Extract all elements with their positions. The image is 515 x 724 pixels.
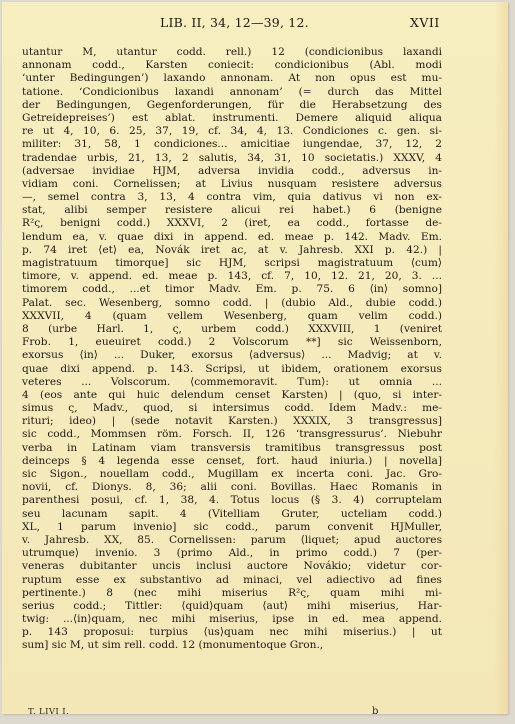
text-line: stat, alibi semper resistere alicui rei … [22, 204, 442, 217]
text-line: verba in Latinam viam transversis tramit… [22, 442, 442, 455]
text-line: sum] sic M, ut sim rell. codd. 12 (monum… [22, 639, 442, 652]
running-title: LIB. II, 34, 12—39, 12. [160, 15, 309, 30]
text-line: parenthesi posui, cf. 1, 38, 4. Totus lo… [22, 494, 442, 507]
text-line: timorem codd., ...et timor Madv. Em. p. … [22, 283, 442, 296]
signature-mark: T. LIVI I. [28, 707, 69, 717]
text-line: pertinente.) 8 (nec mihi miserius R²ς, q… [22, 587, 442, 600]
text-line: veteres ... Volscorum. ⟨commemoravit. Tu… [22, 376, 442, 389]
text-line: R²ς, benigni codd.) XXXVI, 2 (iret, ea c… [22, 217, 442, 230]
text-line: rituri; ideo) | (sede notavit Karsten.) … [22, 415, 442, 428]
text-line: tatione. ‘Condicionibus laxandi annonam’… [22, 86, 442, 99]
text-line: sic Sigon., nouellam codd., Mugillam ex … [22, 468, 442, 481]
text-line: vidiam coni. Cornelissen; at Livius nusq… [22, 178, 442, 191]
text-line: v. Jahresb. XX, 85. Cornelissen: parum ⟨… [22, 534, 442, 547]
text-line: utantur M, utantur codd. rell.) 12 (cond… [22, 46, 442, 59]
text-line: ruptum esse ex substantivo ad minaci, ve… [22, 574, 442, 587]
text-line: novii, cf. Dionys. 8, 36; alii coni. Bov… [22, 481, 442, 494]
text-line: veneras dubitanter uncis inclusi auctore… [22, 560, 442, 573]
text-line: ‘unter Bedingungen’) laxando annonam. At… [22, 72, 442, 85]
text-line: Palat. sec. Wesenberg, somno codd. | (du… [22, 297, 442, 310]
text-line: 4 (eos ante qui huic delendum censet Kar… [22, 389, 442, 402]
text-line: (adversae invidiae HJM, adversa invidia … [22, 165, 442, 178]
text-line: re ut 4, 10, 6. 25, 37, 19, cf. 34, 4, 1… [22, 125, 442, 138]
text-line: XXXVII, 4 (quam vellem Wesenberg, quam v… [22, 310, 442, 323]
critical-apparatus-text: utantur M, utantur codd. rell.) 12 (cond… [22, 46, 442, 653]
text-line: p. 74 iret ⟨et⟩ ea, Novák iret ac, at v.… [22, 244, 442, 257]
text-line: sic codd., Mommsen röm. Forsch. II, 126 … [22, 428, 442, 441]
gathering-mark: b [372, 706, 378, 717]
text-line: lendum ea, v. quae dixi in append. ed. m… [22, 231, 442, 244]
text-line: utrumque⟩ invenio. 3 (primo Ald., in pri… [22, 547, 442, 560]
text-line: annonam codd., Karsten coniecit: condici… [22, 59, 442, 72]
text-line: deinceps § 4 legenda esse censet, fort. … [22, 455, 442, 468]
page-header: LIB. II, 34, 12—39, 12. XVII [22, 15, 442, 31]
text-line: timore, v. append. ed. meae p. 143, cf. … [22, 270, 442, 283]
text-line: Frob. 1, eueuiret codd.) 2 Volscorum **]… [22, 336, 442, 349]
page-number: XVII [410, 15, 440, 30]
text-line: seu lacunam sapit. 4 (Vitelliam Gruter, … [22, 508, 442, 521]
text-line: twig: ...⟨in⟩quam, nec mihi miserius, ip… [22, 613, 442, 626]
text-line: p. 143 proposui: turpius ⟨us⟩quam nec mi… [22, 626, 442, 639]
text-line: militer: 31, 58, 1 condiciones... amicit… [22, 138, 442, 151]
text-line: —, semel contra 3, 13, 4 contra vim, qui… [22, 191, 442, 204]
text-line: der Bedingungen, Gegenforderungen, für d… [22, 99, 442, 112]
text-line: Getreidepreises’) est ablat. instrumenti… [22, 112, 442, 125]
text-line: quae dixi append. p. 143. Scripsi, ut ib… [22, 363, 442, 376]
text-line: 8 (urbe Harl. 1, ς, urbem codd.) XXXVIII… [22, 323, 442, 336]
document-page: LIB. II, 34, 12—39, 12. XVII utantur M, … [2, 2, 508, 714]
text-line: tradendae urbis, 21, 13, 2 salutis, 34, … [22, 152, 442, 165]
page-footer: T. LIVI I. b [28, 707, 428, 719]
text-line: serius codd.; Tittler: ⟨quid⟩quam ⟨aut⟩ … [22, 600, 442, 613]
text-line: magistratuum timorque] sic HJM, scripsi … [22, 257, 442, 270]
text-line: XL, 1 parum invenio] sic codd., parum co… [22, 521, 442, 534]
text-line: exorsus ⟨in⟩ ... Duker, exorsus ⟨adversu… [22, 349, 442, 362]
text-line: simus ς, Madv., quod, si intersimus codd… [22, 402, 442, 415]
